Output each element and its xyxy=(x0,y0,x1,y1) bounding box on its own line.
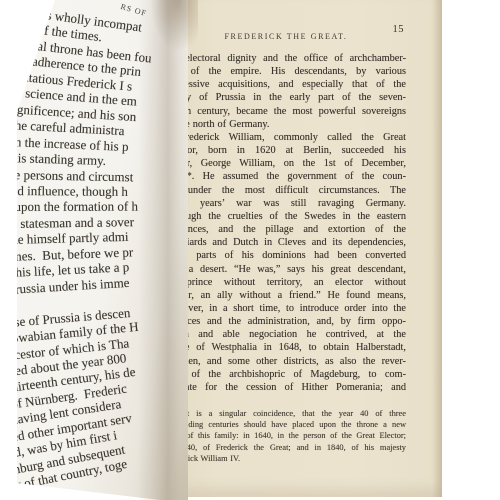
text-line: Spaniards and Dutch in Cleves and its de… xyxy=(166,236,406,249)
text-line: sition and able negociation he contrived… xyxy=(166,328,406,341)
text-line: provinces, and the pillage and extortion… xyxy=(166,223,406,236)
text-line: “a prince without territory, an elector … xyxy=(166,276,406,289)
text-line: in the north of Germany. xyxy=(166,118,406,131)
text-line: finances and the administration, and, by… xyxy=(166,315,406,328)
text-line: successive acquisitions, and especially … xyxy=(166,78,406,91)
book-photo: FREDERICK THE GREAT. 15 the electoral di… xyxy=(0,0,500,500)
text-line: into a desert. “He was,” says his great … xyxy=(166,263,406,276)
paragraph: the electoral dignity and the office of … xyxy=(166,52,406,131)
text-line: Frederick William, commonly called the G… xyxy=(166,131,406,144)
text-line: pensate for the cession of Hither Pomera… xyxy=(166,381,406,394)
right-page: FREDERICK THE GREAT. 15 the electoral di… xyxy=(148,0,442,497)
text-line: try under the most difficult circumstanc… xyxy=(166,184,406,197)
text-line: thirty years’ war was still ravaging Ger… xyxy=(166,197,406,210)
text-line: power, an ally without a friend.” He fou… xyxy=(166,289,406,302)
text-line: lain of the empire. His descendants, by … xyxy=(166,65,406,78)
text-line: father, George William, on the 1st of De… xyxy=(166,157,406,170)
text-line: Through the cruelties of the Swedes in t… xyxy=(166,210,406,223)
page-fore-edge xyxy=(432,0,442,497)
text-line: sion of the archbishopric of Magdeburg, … xyxy=(166,368,406,381)
text-line: 1640*. He assumed the government of the … xyxy=(166,170,406,183)
text-line: succeeding centuries should have placed … xyxy=(166,419,406,430)
text-line: the electoral dignity and the office of … xyxy=(166,52,406,65)
text-line: duchy of Prussia in the early part of th… xyxy=(166,91,406,104)
text-line: however, in a short time, to introduce o… xyxy=(166,302,406,315)
text-line: Frederick William IV. xyxy=(166,453,406,464)
right-page-content: FREDERICK THE GREAT. 15 the electoral di… xyxy=(166,26,406,464)
page-number: 15 xyxy=(393,24,405,35)
text-line: teenth century, became the most powerful… xyxy=(166,105,406,118)
text-line: * It is a singular coincidence, that the… xyxy=(166,408,406,419)
right-page-paragraphs: the electoral dignity and the office of … xyxy=(166,52,406,394)
text-line: Minden, and some other districts, as als… xyxy=(166,355,406,368)
text-line: ruler of this family: in 1640, in the pe… xyxy=(166,430,406,441)
text-line: those parts of his dominions had been co… xyxy=(166,249,406,262)
page-header: FREDERICK THE GREAT. 15 xyxy=(166,26,406,38)
text-line: peace of Westphalia in 1648, to obtain H… xyxy=(166,341,406,354)
running-header: FREDERICK THE GREAT. xyxy=(224,32,347,41)
left-page: RS OF ustria, is wholly incompatncies of… xyxy=(0,0,188,500)
text-line: Elector, born in 1620 at Berlin, succeed… xyxy=(166,144,406,157)
footnote: * It is a singular coincidence, that the… xyxy=(166,408,406,464)
paragraph: Frederick William, commonly called the G… xyxy=(166,131,406,394)
text-line: in 1740, of Frederick the Great; and in … xyxy=(166,442,406,453)
